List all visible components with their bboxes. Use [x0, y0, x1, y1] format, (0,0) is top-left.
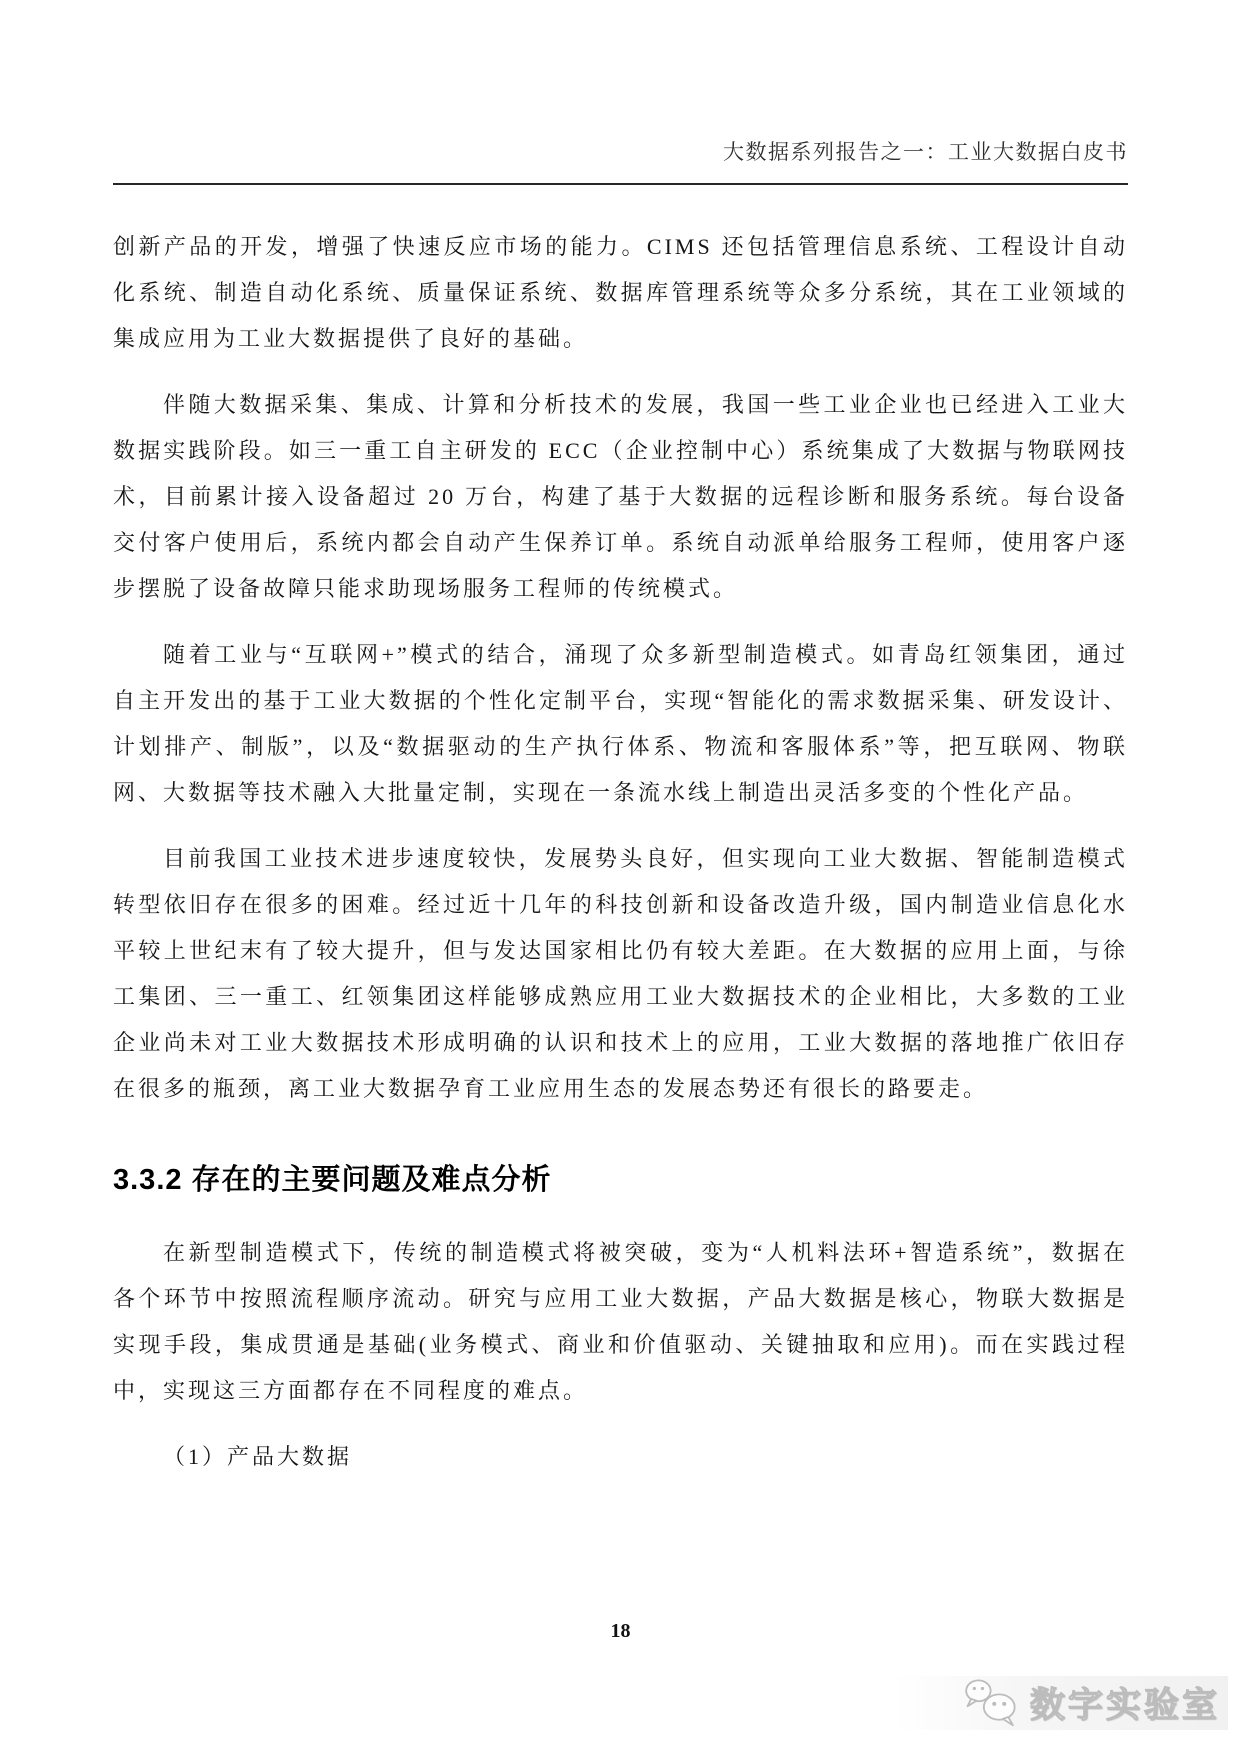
header-title: 大数据系列报告之一：工业大数据白皮书: [723, 136, 1128, 166]
document-page: 大数据系列报告之一：工业大数据白皮书 创新产品的开发，增强了快速反应市场的能力。…: [0, 0, 1240, 1754]
watermark: 数字实验室: [893, 1676, 1228, 1730]
paragraph: 目前我国工业技术进步速度较快，发展势头良好，但实现向工业大数据、智能制造模式转型…: [113, 836, 1128, 1112]
document-body: 创新产品的开发，增强了快速反应市场的能力。CIMS 还包括管理信息系统、工程设计…: [113, 224, 1128, 1480]
list-item-label: （1）产品大数据: [113, 1434, 1128, 1480]
paragraph: 伴随大数据采集、集成、计算和分析技术的发展，我国一些工业企业也已经进入工业大数据…: [113, 382, 1128, 612]
watermark-text: 数字实验室: [1030, 1678, 1220, 1728]
section-heading: 3.3.2 存在的主要问题及难点分析: [113, 1160, 1128, 1200]
page-number: 18: [113, 1620, 1128, 1643]
page-header: 大数据系列报告之一：工业大数据白皮书: [113, 0, 1128, 166]
paragraph: 随着工业与“互联网+”模式的结合，涌现了众多新型制造模式。如青岛红领集团，通过自…: [113, 632, 1128, 816]
header-divider: [113, 183, 1128, 185]
paragraph: 创新产品的开发，增强了快速反应市场的能力。CIMS 还包括管理信息系统、工程设计…: [113, 224, 1128, 362]
paragraph: 在新型制造模式下，传统的制造模式将被突破，变为“人机料法环+智造系统”，数据在各…: [113, 1230, 1128, 1414]
wechat-icon: [963, 1678, 1021, 1728]
